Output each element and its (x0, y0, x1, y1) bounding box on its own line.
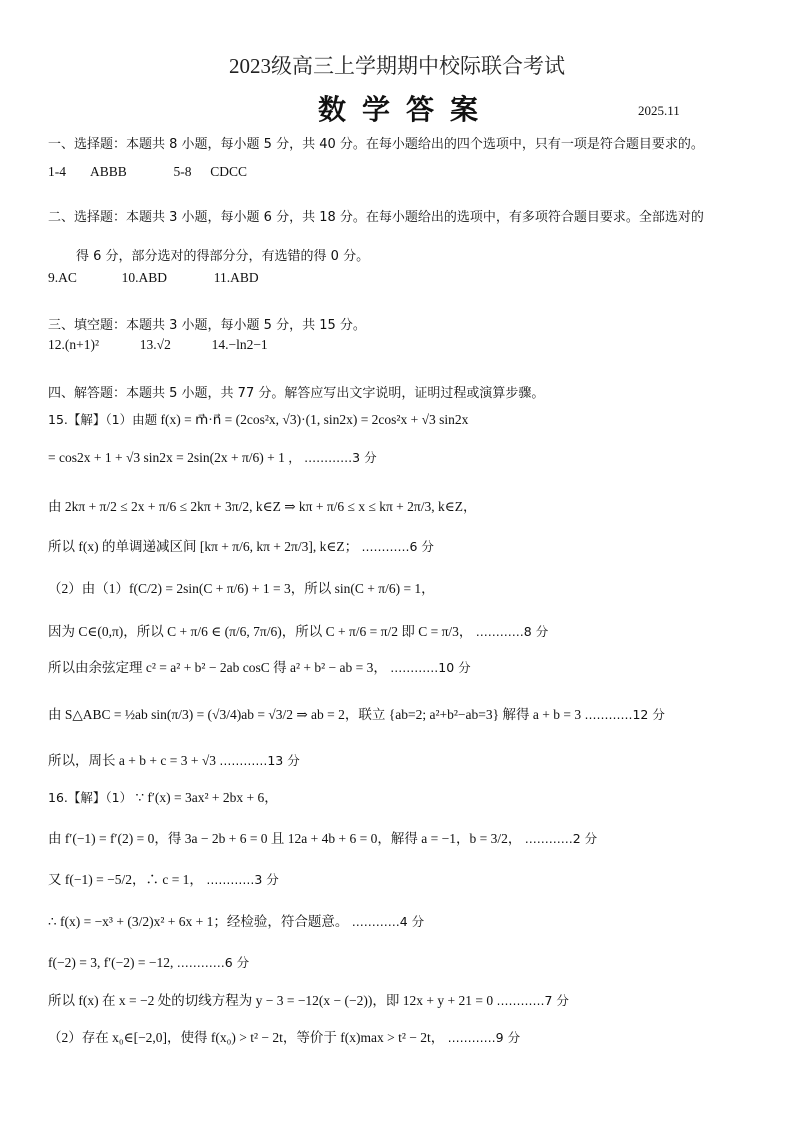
score-mark: 9 分 (496, 1030, 520, 1045)
q15-formula: 由 S△ABC = ½ab sin(π/3) = (√3/4)ab = √3/2… (48, 707, 581, 722)
score-leader: ………… (496, 994, 544, 1008)
q15-formula: 所以 f(x) 的单调递减区间 [kπ + π/6, kπ + 2π/3], k… (48, 539, 358, 554)
q16-line-1: 16.【解】（1） ∵ f′(x) = 3ax² + 2bx + 6， (48, 786, 278, 806)
q15-line-7: 所以由余弦定理 c² = a² + b² − 2ab cosC 得 a² + b… (48, 656, 471, 676)
exam-title: 2023级高三上学期期中校际联合考试 (0, 50, 794, 80)
q15-line-6: 因为 C∈(0,π)，所以 C + π/6 ∈ (π/6, 7π/6)，所以 C… (48, 620, 548, 640)
score-mark: 7 分 (544, 993, 568, 1008)
section-3-answers: 12.(n+1)² 13.√2 14.−ln2−1 (48, 337, 268, 353)
q15-line-4: 所以 f(x) 的单调递减区间 [kπ + π/6, kπ + 2π/3], k… (48, 535, 434, 555)
q16-formula: 由 f′(−1) = f′(2) = 0，得 3a − 2b + 6 = 0 且… (48, 831, 521, 846)
score-mark: 10 分 (438, 660, 470, 675)
score-leader: ………… (448, 1031, 496, 1045)
q15-line-5: （2）由（1）f(C/2) = 2sin(C + π/6) + 1 = 3，所以… (48, 577, 435, 597)
q16-formula: f(−2) = 3, f′(−2) = −12, (48, 955, 173, 970)
score-leader: ………… (352, 915, 400, 929)
q16-formula: 又 f(−1) = −5/2，∴ c = 1， (48, 872, 203, 887)
q16-line-6: 所以 f(x) 在 x = −2 处的切线方程为 y − 3 = −12(x −… (48, 989, 569, 1009)
score-leader: ………… (476, 625, 524, 639)
section-3-heading: 三、填空题：本题共 3 小题，每小题 5 分，共 15 分。 (48, 314, 366, 333)
q15-label: 15.【解】（1）由题 (48, 412, 157, 427)
score-mark: 3 分 (352, 450, 376, 465)
score-leader: ………… (584, 708, 632, 722)
score-mark: 8 分 (524, 624, 548, 639)
score-mark: 6 分 (225, 955, 249, 970)
answer-12: 12.(n+1)² (48, 337, 99, 352)
q15-line-1: 15.【解】（1）由题 f(x) = m⃗·n⃗ = (2cos²x, √3)·… (48, 410, 468, 428)
q16-line-5: f(−2) = 3, f′(−2) = −12, …………6 分 (48, 953, 249, 971)
score-leader: ………… (177, 956, 225, 970)
q16-label: 16.【解】（1） (48, 790, 132, 805)
q15-formula: 所以由余弦定理 c² = a² + b² − 2ab cosC 得 a² + b… (48, 660, 387, 675)
q16-formula: ∵ f′(x) = 3ax² + 2bx + 6， (135, 790, 277, 805)
score-leader: ………… (525, 832, 573, 846)
score-mark: 2 分 (573, 831, 597, 846)
q16-formula: ∴ f(x) = −x³ + (3/2)x² + 6x + 1；经检验，符合题意… (48, 914, 348, 929)
section-4-heading: 四、解答题：本题共 5 小题，共 77 分。解答应写出文字说明，证明过程或演算步… (48, 382, 544, 401)
answer-10: 10.ABD (122, 270, 167, 285)
q15-formula: 由 2kπ + π/2 ≤ 2x + π/6 ≤ 2kπ + 3π/2, k∈Z… (48, 499, 476, 514)
answer-14: 14.−ln2−1 (212, 337, 268, 352)
q15-formula: （2）由（1）f(C/2) = 2sin(C + π/6) + 1 = 3，所以… (48, 581, 435, 596)
q15-formula: = cos2x + 1 + √3 sin2x = 2sin(2x + π/6) … (48, 450, 285, 465)
q16-line-7: （2）存在 x₀∈[−2,0]，使得 f(x₀) > t² − 2t，等价于 f… (48, 1026, 520, 1046)
section-2-heading-line2: 得 6 分，部分选对的得部分分，有选错的得 0 分。 (76, 245, 369, 264)
answer-9: 9.AC (48, 270, 77, 285)
q16-formula: 所以 f(x) 在 x = −2 处的切线方程为 y − 3 = −12(x −… (48, 993, 493, 1008)
section-2-heading-line1: 二、选择题：本题共 3 小题，每小题 6 分，共 18 分。在每小题给出的选项中… (48, 206, 704, 225)
score-leader: ………… (390, 661, 438, 675)
score-leader: ………… (206, 873, 254, 887)
answer-11: 11.ABD (214, 270, 259, 285)
score-mark: 12 分 (632, 707, 664, 722)
section-1-answers: 1-4 ABBB 5-8 CDCC (48, 164, 247, 180)
score-mark: 6 分 (409, 539, 433, 554)
answer-value: ABBB (90, 164, 127, 179)
q15-formula: 所以，周长 a + b + c = 3 + √3 (48, 753, 216, 768)
q15-line-3: 由 2kπ + π/2 ≤ 2x + π/6 ≤ 2kπ + 3π/2, k∈Z… (48, 495, 476, 515)
page-title: 数学答案 (318, 88, 494, 128)
score-mark: 4 分 (400, 914, 424, 929)
section-2-answers: 9.AC 10.ABD 11.ABD (48, 270, 259, 286)
score-leader: ………… (219, 754, 267, 768)
q16-line-2: 由 f′(−1) = f′(2) = 0，得 3a − 2b + 6 = 0 且… (48, 827, 597, 847)
q16-line-4: ∴ f(x) = −x³ + (3/2)x² + 6x + 1；经检验，符合题意… (48, 910, 424, 930)
q15-line-9: 所以，周长 a + b + c = 3 + √3 …………13 分 (48, 749, 300, 769)
score-leader: ………… (304, 451, 352, 465)
q15-formula: 因为 C∈(0,π)，所以 C + π/6 ∈ (π/6, 7π/6)，所以 C… (48, 624, 472, 639)
answer-range: 5-8 (174, 164, 192, 179)
q16-line-3: 又 f(−1) = −5/2，∴ c = 1， …………3 分 (48, 868, 279, 888)
exam-date: 2025.11 (638, 103, 680, 119)
q16-formula: （2）存在 x₀∈[−2,0]，使得 f(x₀) > t² − 2t，等价于 f… (48, 1030, 444, 1045)
q15-formula: f(x) = m⃗·n⃗ = (2cos²x, √3)·(1, sin2x) =… (160, 412, 468, 427)
score-mark: 13 分 (267, 753, 299, 768)
section-1-heading: 一、选择题：本题共 8 小题，每小题 5 分，共 40 分。在每小题给出的四个选… (48, 133, 704, 152)
score-mark: 3 分 (254, 872, 278, 887)
answer-13: 13.√2 (140, 337, 171, 352)
score-leader: ………… (361, 540, 409, 554)
q15-line-8: 由 S△ABC = ½ab sin(π/3) = (√3/4)ab = √3/2… (48, 703, 665, 723)
answer-range: 1-4 (48, 164, 66, 179)
answer-value: CDCC (210, 164, 247, 179)
q15-line-2: = cos2x + 1 + √3 sin2x = 2sin(2x + π/6) … (48, 448, 377, 466)
